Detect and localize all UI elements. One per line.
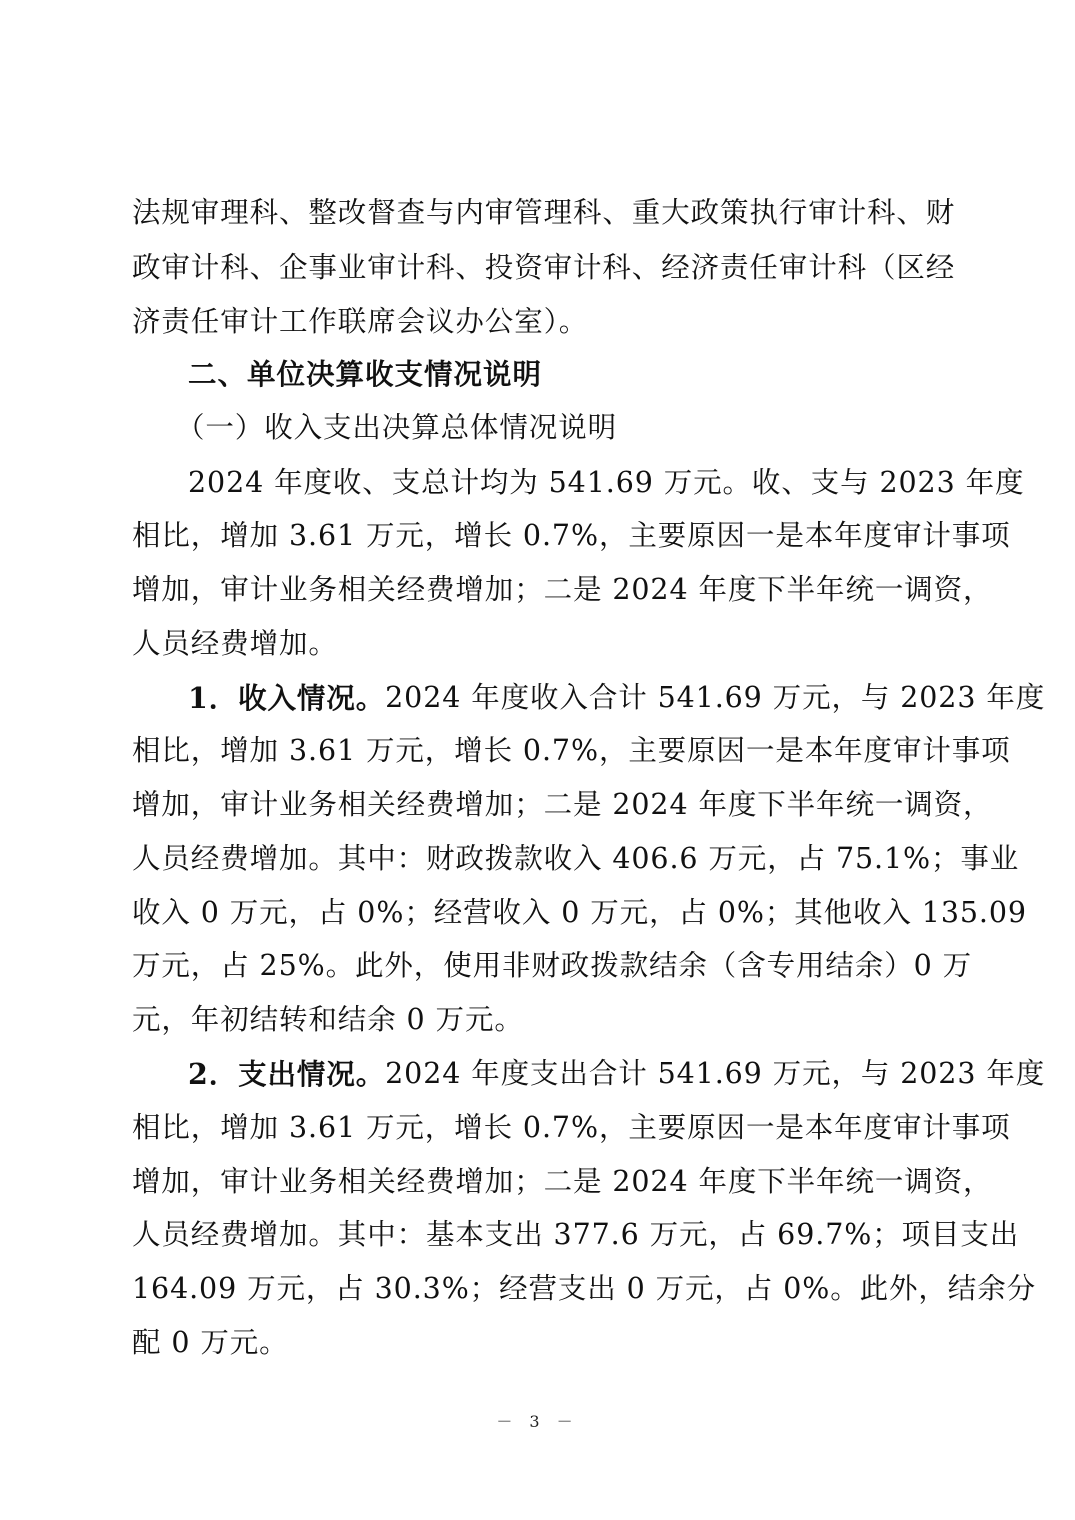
paragraph-line: 人员经费增加。其中：财政拨款收入 406.6 万元，占 75.1%；事业 <box>132 841 944 877</box>
income-lead: 1．收入情况。 <box>188 680 385 716</box>
paragraph-line: 万元，占 25%。此外，使用非财政拨款结余（含专用结余）0 万 <box>132 948 944 984</box>
section-heading: 二、单位决算收支情况说明 <box>188 357 944 393</box>
paragraph-line: 元，年初结转和结余 0 万元。 <box>132 1002 944 1038</box>
subsection-heading: （一）收入支出决算总体情况说明 <box>176 410 944 446</box>
paragraph-line: 增加，审计业务相关经费增加；二是 2024 年度下半年统一调资， <box>132 1164 944 1200</box>
page-number: － 3 － <box>0 1409 1075 1432</box>
paragraph-line: 相比，增加 3.61 万元，增长 0.7%，主要原因一是本年度审计事项 <box>132 518 944 554</box>
expense-lead: 2．支出情况。 <box>188 1056 385 1092</box>
paragraph-line-rest: 2024 年度收入合计 541.69 万元，与 2023 年度 <box>385 680 1045 716</box>
paragraph-line: 增加，审计业务相关经费增加；二是 2024 年度下半年统一调资， <box>132 572 944 608</box>
paragraph-line-rest: 2024 年度支出合计 541.69 万元，与 2023 年度 <box>385 1056 1045 1092</box>
paragraph-line: 人员经费增加。 <box>132 626 944 662</box>
paragraph-line: 相比，增加 3.61 万元，增长 0.7%，主要原因一是本年度审计事项 <box>132 733 944 769</box>
paragraph-line: 2024 年度收、支总计均为 541.69 万元。收、支与 2023 年度 <box>188 465 944 501</box>
document-page: 法规审理科、整改督查与内审管理科、重大政策执行审计科、财 政审计科、企事业审计科… <box>0 0 1075 1520</box>
expense-first-line: 2．支出情况。 2024 年度支出合计 541.69 万元，与 2023 年度 <box>188 1056 944 1092</box>
paragraph-line: 164.09 万元，占 30.3%；经营支出 0 万元，占 0%。此外，结余分 <box>132 1271 944 1307</box>
paragraph-line: 政审计科、企事业审计科、投资审计科、经济责任审计科（区经 <box>132 250 944 286</box>
paragraph-line: 人员经费增加。其中：基本支出 377.6 万元，占 69.7%；项目支出 <box>132 1217 944 1253</box>
paragraph-line: 收入 0 万元，占 0%；经营收入 0 万元，占 0%；其他收入 135.09 <box>132 895 944 931</box>
income-first-line: 1．收入情况。 2024 年度收入合计 541.69 万元，与 2023 年度 <box>188 680 944 716</box>
paragraph-line: 配 0 万元。 <box>132 1325 944 1361</box>
paragraph-line: 济责任审计工作联席会议办公室）。 <box>132 304 944 340</box>
paragraph-line: 法规审理科、整改督查与内审管理科、重大政策执行审计科、财 <box>132 195 944 231</box>
paragraph-line: 增加，审计业务相关经费增加；二是 2024 年度下半年统一调资， <box>132 787 944 823</box>
paragraph-line: 相比，增加 3.61 万元，增长 0.7%，主要原因一是本年度审计事项 <box>132 1110 944 1146</box>
